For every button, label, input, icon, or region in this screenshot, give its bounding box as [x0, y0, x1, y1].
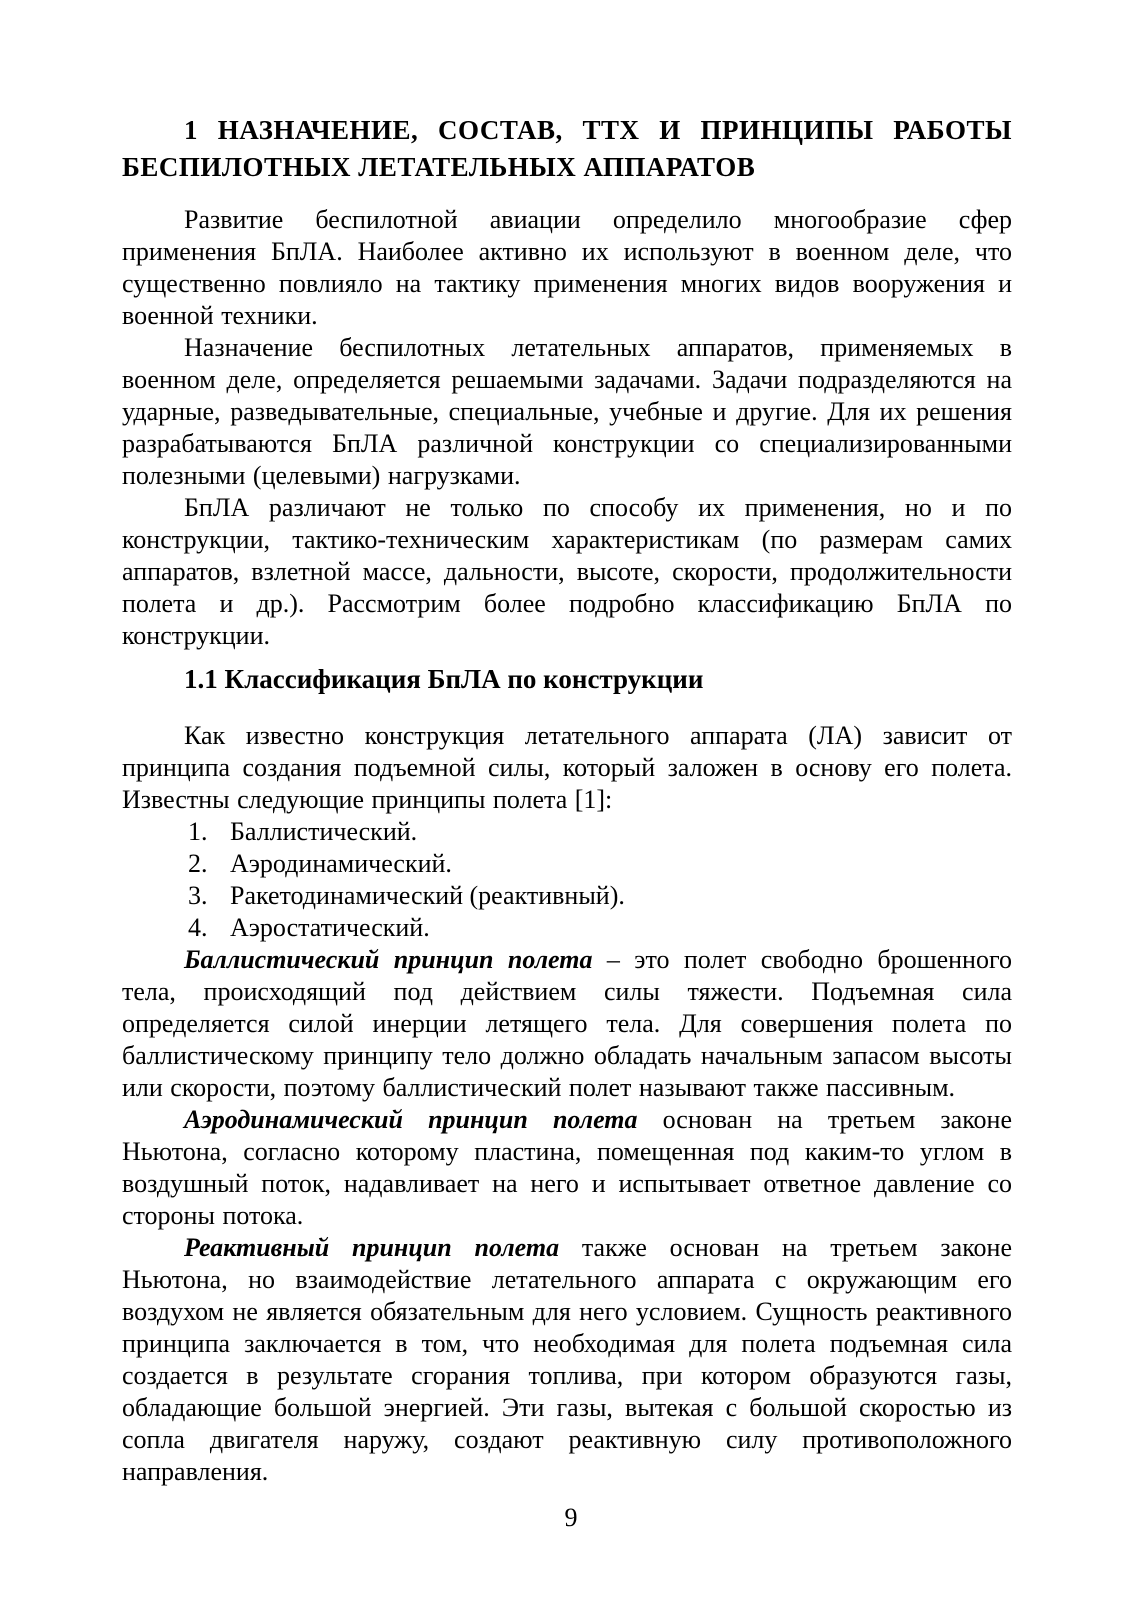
chapter-title: 1 НАЗНАЧЕНИЕ, СОСТАВ, ТТХ И ПРИНЦИПЫ РАБ… [122, 112, 1012, 186]
paragraph-intro-3: БпЛА различают не только по способу их п… [122, 492, 1012, 652]
list-item-number: 4. [188, 912, 230, 944]
list-item-text: Ракетодинамический (реактивный). [230, 881, 625, 910]
paragraph-intro-2: Назначение беспилотных летательных аппар… [122, 332, 1012, 492]
text-column: 1 НАЗНАЧЕНИЕ, СОСТАВ, ТТХ И ПРИНЦИПЫ РАБ… [122, 112, 1012, 1488]
aerodynamic-principle-lead: Аэродинамический принцип полета [184, 1105, 638, 1134]
paragraph-intro-1: Развитие беспилотной авиации определило … [122, 204, 1012, 332]
page-number: 9 [0, 1502, 1142, 1534]
paragraph-ballistic: Баллистический принцип полета – это поле… [122, 944, 1012, 1104]
list-item: 3.Ракетодинамический (реактивный). [188, 880, 1012, 912]
paragraph-aerodynamic: Аэродинамический принцип полета основан … [122, 1104, 1012, 1232]
list-item: 2.Аэродинамический. [188, 848, 1012, 880]
list-item-number: 3. [188, 880, 230, 912]
reactive-principle-lead: Реактивный принцип полета [184, 1233, 559, 1262]
flight-principles-list: 1.Баллистический. 2.Аэродинамический. 3.… [122, 816, 1012, 944]
list-item-number: 2. [188, 848, 230, 880]
document-page: 1 НАЗНАЧЕНИЕ, СОСТАВ, ТТХ И ПРИНЦИПЫ РАБ… [0, 0, 1142, 1615]
list-item-text: Баллистический. [230, 817, 417, 846]
ballistic-principle-lead: Баллистический принцип полета [184, 945, 592, 974]
list-item-text: Аэродинамический. [230, 849, 452, 878]
list-item: 1.Баллистический. [188, 816, 1012, 848]
section-1-1-heading: 1.1 Классификация БпЛА по конструкции [122, 660, 1012, 698]
paragraph-section-intro: Как известно конструкция летательного ап… [122, 720, 1012, 816]
paragraph-reactive: Реактивный принцип полета также основан … [122, 1232, 1012, 1488]
list-item-text: Аэростатический. [230, 913, 430, 942]
reactive-principle-text: также основан на третьем законе Ньютона,… [122, 1233, 1012, 1486]
list-item-number: 1. [188, 816, 230, 848]
list-item: 4.Аэростатический. [188, 912, 1012, 944]
